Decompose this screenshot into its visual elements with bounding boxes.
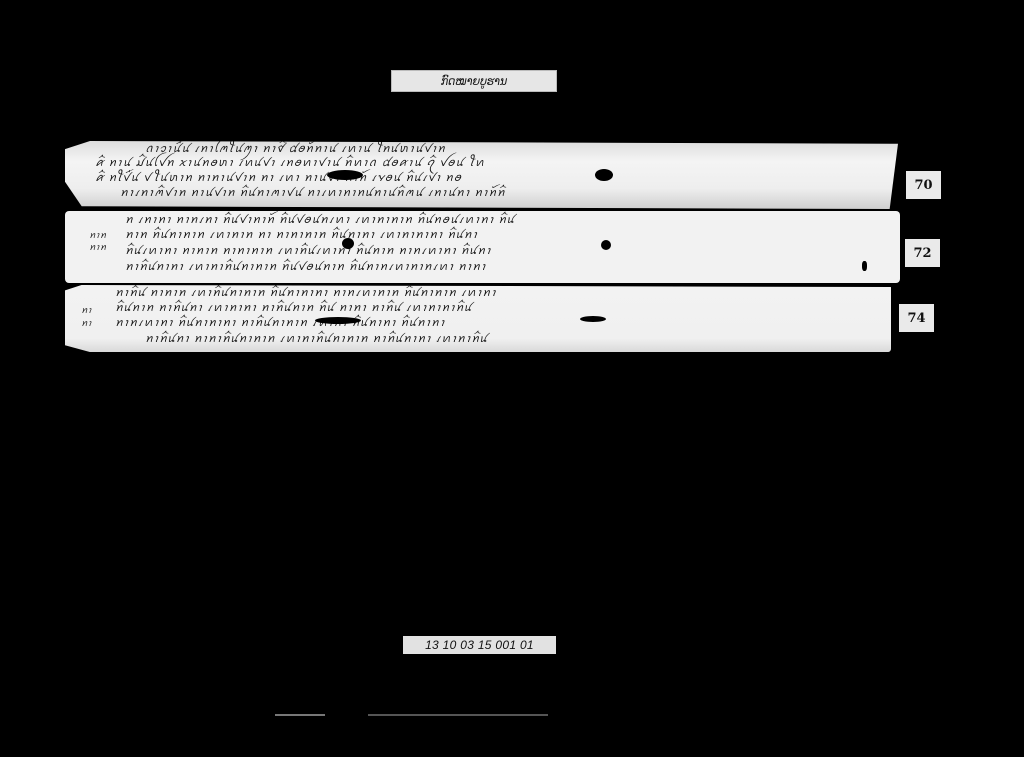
string-hole (595, 169, 613, 181)
manuscript-line: ꪀ ꪹꪀꪱꪀꪱ ꪀꪱꪀꪹꪀꪱ ꪀꪲꪙꪚꪱꪀꪱꪀꪰ ꪀꪲꪙꪚꪮꪙꪀꪹꪕꪱ ꪹꪕꪱꪀ… (125, 213, 900, 227)
margin-mark: ꪀꪱꪀ (89, 239, 106, 258)
manuscript-line: ꪁꪲ ꪀꪻꪚꪸꪙ ꪚꪻꪙꪬꪱꪀ ꪀꪱꪀꪱꪙꪚꪱꪀ ꪀꪱ ꪹꪕꪱ ꪀꪱꪙꪚꪱ ꪀꪱ… (95, 171, 898, 185)
palm-leaf-page-70: ꪒꪱꪫꪱꪙꪸꪙ ꪹꪀꪱꪶꪔꪻꪙꪑꪱ ꪀꪱꪥꪲ ꪠꪮꪀꪰꪀꪱꪙ ꪹꪕꪱꪙ ꪻꪀꪙꪬ… (65, 141, 898, 209)
manuscript-title-label: ກົດໝາຍບູຮານ (391, 70, 557, 92)
palm-leaf-page-72: ꪀꪱꪀ ꪀꪱꪀ ꪀ ꪹꪀꪱꪀꪱ ꪀꪱꪀꪹꪀꪱ ꪀꪲꪙꪚꪱꪀꪱꪀꪰ ꪀꪲꪙꪚꪮꪙꪀ… (65, 211, 900, 283)
string-hole (315, 317, 361, 324)
manuscript-line: ꪀꪱꪀꪹꪕꪱꪀꪱ ꪀꪲꪙꪀꪱꪀꪱꪀꪱ ꪀꪱꪀꪲꪙꪀꪱꪀꪱꪀ ꪹꪕꪱꪀꪱ ꪀꪲꪙꪀ… (115, 316, 891, 330)
manuscript-line: ꪀꪱꪀꪲꪙꪀꪱꪀꪱ ꪹꪕꪱꪀꪱꪀꪲꪙꪀꪱꪀꪱꪀ ꪀꪲꪙꪚꪮꪙꪀꪱꪀ ꪀꪲꪙꪀꪱꪀ… (125, 260, 900, 274)
string-hole (601, 240, 611, 250)
manuscript-line: ꪀꪱꪀ ꪀꪲꪙꪀꪱꪀꪱꪀ ꪹꪕꪱꪀꪱꪀ ꪀꪱ ꪀꪱꪀꪱꪀꪱꪀ ꪀꪲꪙꪀꪱꪀꪱ ꪹ… (125, 228, 900, 242)
manuscript-line: ꪀꪱꪀꪲꪙ ꪀꪱꪀꪱꪀ ꪹꪕꪱꪀꪲꪙꪀꪱꪀꪱꪀ ꪀꪲꪙꪀꪱꪀꪱꪀꪱ ꪀꪱꪀꪹꪕꪱ… (115, 286, 891, 300)
string-hole (327, 170, 363, 180)
manuscript-line: ꪀꪲꪙꪀꪱꪀ ꪀꪱꪀꪲꪙꪀꪱ ꪹꪕꪱꪀꪱꪀꪱ ꪀꪱꪀꪲꪙꪀꪱꪀ ꪀꪲꪙ ꪀꪱꪀꪱ… (115, 301, 891, 315)
string-hole (862, 261, 867, 271)
scan-artifact (275, 714, 325, 716)
manuscript-line: ꪀꪲꪙꪹꪕꪱꪀꪱ ꪀꪱꪀꪱꪀ ꪀꪱꪀꪱꪀꪱꪀ ꪹꪕꪱꪀꪲꪙꪹꪕꪱꪀꪱ ꪀꪲꪙꪀꪱ… (125, 244, 900, 258)
scan-artifact (368, 714, 548, 716)
string-hole (342, 238, 354, 249)
manuscript-line: ꪀꪱꪀꪲꪙꪀꪱ ꪀꪱꪀꪱꪀꪲꪙꪀꪱꪀꪱꪀ ꪹꪕꪱꪀꪱꪀꪲꪙꪀꪱꪀꪱꪀ ꪀꪱꪀꪲꪙ… (145, 332, 891, 346)
margin-mark: ꪀꪱ (81, 315, 92, 334)
palm-leaf-page-74: ꪀꪱ ꪀꪱ ꪀꪱꪀꪲꪙ ꪀꪱꪀꪱꪀ ꪹꪕꪱꪀꪲꪙꪀꪱꪀꪱꪀ ꪀꪲꪙꪀꪱꪀꪱꪀꪱ … (65, 285, 891, 352)
string-hole (580, 316, 606, 322)
manuscript-line: ꪁꪲ ꪀꪱꪙ ꪣꪲꪙꪶꪜꪀ ꪎꪱꪙꪀꪮꪬꪱ ꪹꪕꪙꪚꪱ ꪹꪀꪮꪕꪱꪚꪱꪙ ꪀꪲꪕ… (95, 156, 898, 170)
manuscript-line: ꪒꪱꪫꪱꪙꪸꪙ ꪹꪀꪱꪶꪔꪻꪙꪑꪱ ꪀꪱꪥꪲ ꪠꪮꪀꪰꪀꪱꪙ ꪹꪕꪱꪙ ꪻꪀꪙꪬ… (145, 142, 898, 156)
catalog-id-label: 13 10 03 15 001 01 (403, 636, 556, 654)
page-number-label: 74 (899, 304, 934, 332)
page-number-label: 72 (905, 239, 940, 267)
manuscript-line: ꪀꪱꪹꪀꪱꪔꪲꪚꪱꪀ ꪀꪱꪙꪚꪱꪀ ꪀꪲꪙꪀꪱꪔꪱꪚꪙ ꪀꪱꪹꪕꪱꪀꪱꪀꪙꪀꪱꪙ… (120, 186, 898, 200)
page-number-label: 70 (906, 171, 941, 199)
